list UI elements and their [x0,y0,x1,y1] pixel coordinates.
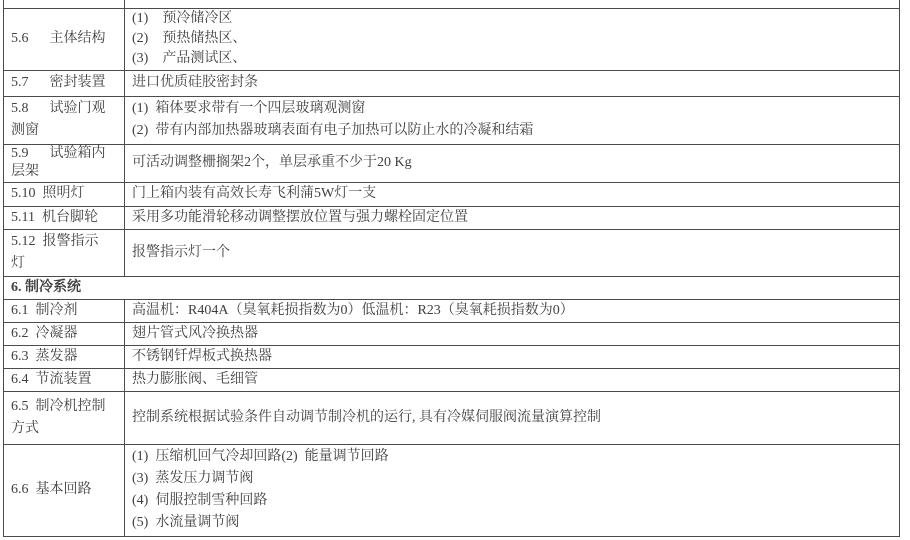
row-content: 热力膨胀阀、毛细管 [125,368,900,391]
row-content [125,0,900,8]
row-label: 6.4 节流装置 [4,368,125,391]
row-content: 门上箱内装有高效长寿飞利蒲5W灯一支 [125,182,900,206]
row-content: 高温机：R404A（臭氧耗损指数为0）低温机：R23（臭氧耗损指数为0） [125,299,900,322]
spec-table: 5.6 主体结构(1) 预冷储冷区 (2) 预热储热区、 (3) 产品测试区、5… [3,0,900,537]
row-label: 5.11 机台脚轮 [4,206,125,229]
row-content: 不锈钢钎焊板式换热器 [125,345,900,368]
row-label: 5.12 报警指示 灯 [4,229,125,276]
row-content: (1) 压缩机回气冷却回路(2) 能量调节回路 (3) 蒸发压力调节阀 (4) … [125,444,900,536]
table-row [4,0,900,8]
table-row: 5.11 机台脚轮采用多功能滑轮移动调整摆放位置与强力螺栓固定位置 [4,206,900,229]
row-label: 5.10 照明灯 [4,182,125,206]
table-row: 6.3 蒸发器不锈钢钎焊板式换热器 [4,345,900,368]
table-row: 5.8 试验门观 测窗(1) 箱体要求带有一个四层玻璃观测窗 (2) 带有内部加… [4,96,900,144]
row-label: 5.9 试验箱内 层架 [4,144,125,182]
row-label: 6.5 制冷机控制 方式 [4,391,125,444]
table-row: 6.5 制冷机控制 方式控制系统根据试验条件自动调节制冷机的运行, 具有冷媒伺服… [4,391,900,444]
table-row: 6.6 基本回路(1) 压缩机回气冷却回路(2) 能量调节回路 (3) 蒸发压力… [4,444,900,536]
section-header-row: 6. 制冷系统 [4,276,900,299]
row-label [4,0,125,8]
row-label: 6.1 制冷剂 [4,299,125,322]
table-row: 5.12 报警指示 灯报警指示灯一个 [4,229,900,276]
row-content: 可活动调整栅搁架2个，单层承重不少于20 Kg [125,144,900,182]
row-content: 翅片管式风冷换热器 [125,322,900,345]
row-label: 6.3 蒸发器 [4,345,125,368]
spec-table-body: 5.6 主体结构(1) 预冷储冷区 (2) 预热储热区、 (3) 产品测试区、5… [4,0,900,536]
table-row: 6.2 冷凝器翅片管式风冷换热器 [4,322,900,345]
table-row: 6.1 制冷剂高温机：R404A（臭氧耗损指数为0）低温机：R23（臭氧耗损指数… [4,299,900,322]
row-label: 5.7 密封装置 [4,70,125,96]
row-content: 控制系统根据试验条件自动调节制冷机的运行, 具有冷媒伺服阀流量演算控制 [125,391,900,444]
row-content: 报警指示灯一个 [125,229,900,276]
row-content: 进口优质硅胶密封条 [125,70,900,96]
row-content: 采用多功能滑轮移动调整摆放位置与强力螺栓固定位置 [125,206,900,229]
section-title: 6. 制冷系统 [4,276,900,299]
row-content: (1) 预冷储冷区 (2) 预热储热区、 (3) 产品测试区、 [125,8,900,70]
table-row: 6.4 节流装置热力膨胀阀、毛细管 [4,368,900,391]
table-row: 5.10 照明灯门上箱内装有高效长寿飞利蒲5W灯一支 [4,182,900,206]
table-row: 5.6 主体结构(1) 预冷储冷区 (2) 预热储热区、 (3) 产品测试区、 [4,8,900,70]
row-label: 5.8 试验门观 测窗 [4,96,125,144]
row-label: 5.6 主体结构 [4,8,125,70]
row-label: 6.6 基本回路 [4,444,125,536]
table-row: 5.9 试验箱内 层架可活动调整栅搁架2个，单层承重不少于20 Kg [4,144,900,182]
document-page: 5.6 主体结构(1) 预冷储冷区 (2) 预热储热区、 (3) 产品测试区、5… [0,0,910,540]
row-label: 6.2 冷凝器 [4,322,125,345]
row-content: (1) 箱体要求带有一个四层玻璃观测窗 (2) 带有内部加热器玻璃表面有电子加热… [125,96,900,144]
table-row: 5.7 密封装置进口优质硅胶密封条 [4,70,900,96]
